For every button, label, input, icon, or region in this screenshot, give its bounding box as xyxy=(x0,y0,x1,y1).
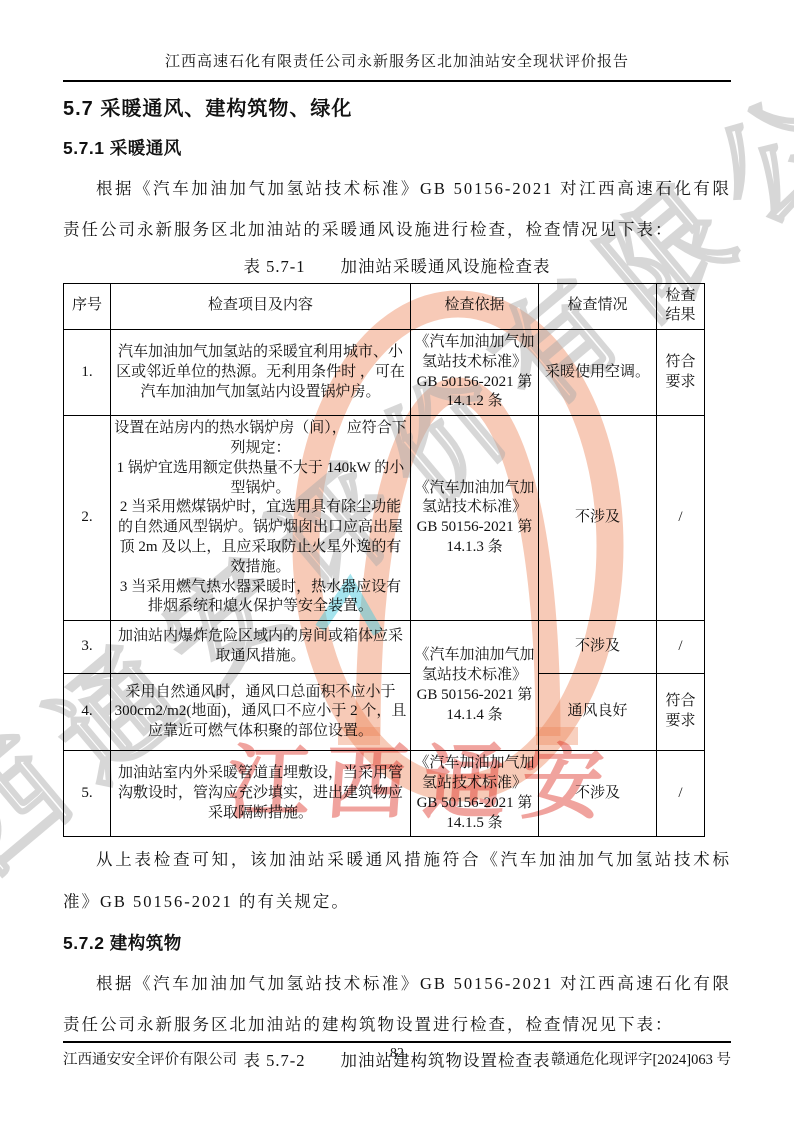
table-row: 4. 采用自然通风时，通风口总面积不应小于300cm2/m2(地面)，通风口不应… xyxy=(64,674,705,751)
table-row: 5. 加油站室内外采暖管道直埋敷设，当采用管沟敷设时，管沟应充沙填实，进出建筑物… xyxy=(64,751,705,837)
table-row: 2. 设置在站房内的热水锅炉房（间），应符合下列规定： 1 锅炉宜选用额定供热量… xyxy=(64,416,705,621)
table-row: 1. 汽车加油加气加氢站的采暖宜利用城市、小区或邻近单位的热源。无利用条件时 ，… xyxy=(64,330,705,416)
page-number: 82 xyxy=(63,1046,731,1062)
cell-result: 符合要求 xyxy=(657,674,705,751)
cell-no: 1. xyxy=(64,330,111,416)
cell-situation: 不涉及 xyxy=(539,416,657,621)
cell-result: 符合要求 xyxy=(657,330,705,416)
subsection-heading-5-7-1: 5.7.1 采暖通风 xyxy=(63,135,731,160)
paragraph-conclusion: 从上表检查可知，该加油站采暖通风措施符合《汽车加油加气加氢站技术标准》GB 50… xyxy=(63,839,731,922)
cell-basis: 《汽车加油加气加氢站技术标准》GB 50156-2021 第 14.1.3 条 xyxy=(411,416,539,621)
report-page: 江西高速石化有限责任公司永新服务区北加油站安全现状评价报告 5.7 采暖通风、建… xyxy=(0,0,794,1123)
col-header-no: 序号 xyxy=(64,283,111,330)
col-header-situation: 检查情况 xyxy=(539,283,657,330)
cell-item: 汽车加油加气加氢站的采暖宜利用城市、小区或邻近单位的热源。无利用条件时 ，可在汽… xyxy=(111,330,411,416)
table-row: 3. 加油站内爆炸危险区域内的房间或箱体应采取通风措施。 《汽车加油加气加氢站技… xyxy=(64,621,705,674)
cell-result: / xyxy=(657,751,705,837)
col-header-result: 检查结果 xyxy=(657,283,705,330)
cell-basis: 《汽车加油加气加氢站技术标准》GB 50156-2021 第 14.1.5 条 xyxy=(411,751,539,837)
cell-situation: 不涉及 xyxy=(539,751,657,837)
paragraph-5-7-2: 根据《汽车加油加气加氢站技术标准》GB 50156-2021 对江西高速石化有限… xyxy=(63,963,731,1046)
subsection-heading-5-7-2: 5.7.2 建构筑物 xyxy=(63,930,731,955)
col-header-item: 检查项目及内容 xyxy=(111,283,411,330)
cell-item: 采用自然通风时，通风口总面积不应小于300cm2/m2(地面)，通风口不应小于 … xyxy=(111,674,411,751)
cell-result: / xyxy=(657,621,705,674)
cell-item: 设置在站房内的热水锅炉房（间），应符合下列规定： 1 锅炉宜选用额定供热量不大于… xyxy=(111,416,411,621)
cell-no: 4. xyxy=(64,674,111,751)
cell-situation: 不涉及 xyxy=(539,621,657,674)
cell-situation: 采暖使用空调。 xyxy=(539,330,657,416)
cell-basis-merged: 《汽车加油加气加氢站技术标准》GB 50156-2021 第 14.1.4 条 xyxy=(411,621,539,751)
paragraph-5-7-1: 根据《汽车加油加气加氢站技术标准》GB 50156-2021 对江西高速石化有限… xyxy=(63,168,731,251)
page-content: 江西高速石化有限责任公司永新服务区北加油站安全现状评价报告 5.7 采暖通风、建… xyxy=(0,0,794,1071)
cell-basis: 《汽车加油加气加氢站技术标准》GB 50156-2021 第 14.1.2 条 xyxy=(411,330,539,416)
cell-item: 加油站室内外采暖管道直埋敷设，当采用管沟敷设时，管沟应充沙填实，进出建筑物应采取… xyxy=(111,751,411,837)
section-heading-5-7: 5.7 采暖通风、建构筑物、绿化 xyxy=(63,92,731,121)
cell-no: 3. xyxy=(64,621,111,674)
cell-no: 5. xyxy=(64,751,111,837)
table-header-row: 序号 检查项目及内容 检查依据 检查情况 检查结果 xyxy=(64,283,705,330)
page-footer: 江西通安安全评价有限公司 赣通危化现评字[2024]063 号 82 xyxy=(63,1041,731,1069)
col-header-basis: 检查依据 xyxy=(411,283,539,330)
table1-caption: 表 5.7-1 加油站采暖通风设施检查表 xyxy=(63,253,731,277)
cell-result: / xyxy=(657,416,705,621)
cell-item: 加油站内爆炸危险区域内的房间或箱体应采取通风措施。 xyxy=(111,621,411,674)
header-rule xyxy=(63,80,731,82)
page-header-title: 江西高速石化有限责任公司永新服务区北加油站安全现状评价报告 xyxy=(63,50,731,80)
cell-situation: 通风良好 xyxy=(539,674,657,751)
heating-ventilation-check-table: 序号 检查项目及内容 检查依据 检查情况 检查结果 1. 汽车加油加气加氢站的采… xyxy=(63,283,705,838)
cell-no: 2. xyxy=(64,416,111,621)
